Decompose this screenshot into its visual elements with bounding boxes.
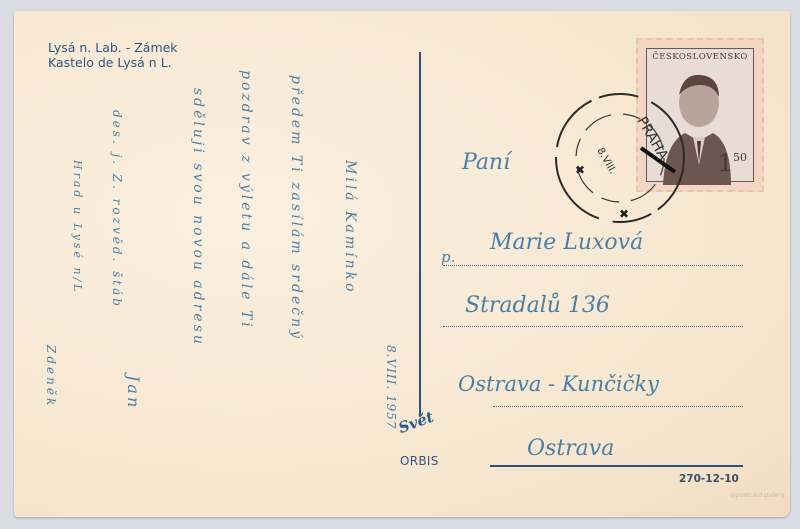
message-line-7: Zdeněk: [44, 345, 58, 408]
message-line-2: předem Ti zasílám srdečný: [288, 75, 304, 341]
message-line-3: pozdrav z výletu a dále Ti: [238, 70, 254, 330]
message-line-6: Hrad u Lysé n/L: [71, 160, 84, 295]
address-town: Ostrava - Kunčičky: [458, 372, 659, 396]
address-name: Marie Luxová: [490, 230, 643, 255]
message-signature: Jan: [124, 375, 143, 410]
stamp-value-main: 1: [718, 149, 733, 177]
catalog-code: 270-12-10: [679, 472, 739, 487]
message-date: 8.VIII. 1957: [384, 345, 398, 430]
svg-text:8.VIII.: 8.VIII.: [594, 146, 618, 176]
center-divider: [419, 52, 421, 417]
svg-text:✖: ✖: [619, 207, 629, 221]
watermark: @postcard.gallery: [730, 492, 785, 499]
address-salutation: Paní: [462, 150, 510, 175]
address-line-2: [443, 326, 743, 327]
stamp-country: ČESKOSLOVENSKO: [647, 52, 753, 62]
stamp-value-cents: 50: [733, 151, 747, 164]
address-prefix: p.: [441, 248, 455, 266]
postcard-caption: Lysá n. Lab. - Zámek Kastelo de Lysá n L…: [48, 40, 178, 70]
svg-text:✖: ✖: [575, 163, 585, 177]
message-line-5: des. j. Z. rozvěd. štáb: [110, 110, 124, 309]
address-street: Stradalů 136: [465, 293, 610, 318]
message-line-4: sděluji svou novou adresu: [190, 88, 206, 347]
stamp-value: 150: [718, 149, 747, 177]
address-city: Ostrava: [527, 436, 614, 461]
address-line-4: [490, 465, 743, 467]
caption-line-2: Kastelo de Lysá n L.: [48, 55, 178, 70]
publisher-name: ORBIS: [400, 454, 439, 469]
postmark-icon: ✖ ✖ 8.VIII. PRAHA: [545, 92, 695, 232]
address-line-3: [493, 406, 743, 407]
message-line-1: Milá Kamínko: [342, 160, 358, 295]
address-line-1: [443, 265, 743, 266]
caption-line-1: Lysá n. Lab. - Zámek: [48, 40, 178, 55]
